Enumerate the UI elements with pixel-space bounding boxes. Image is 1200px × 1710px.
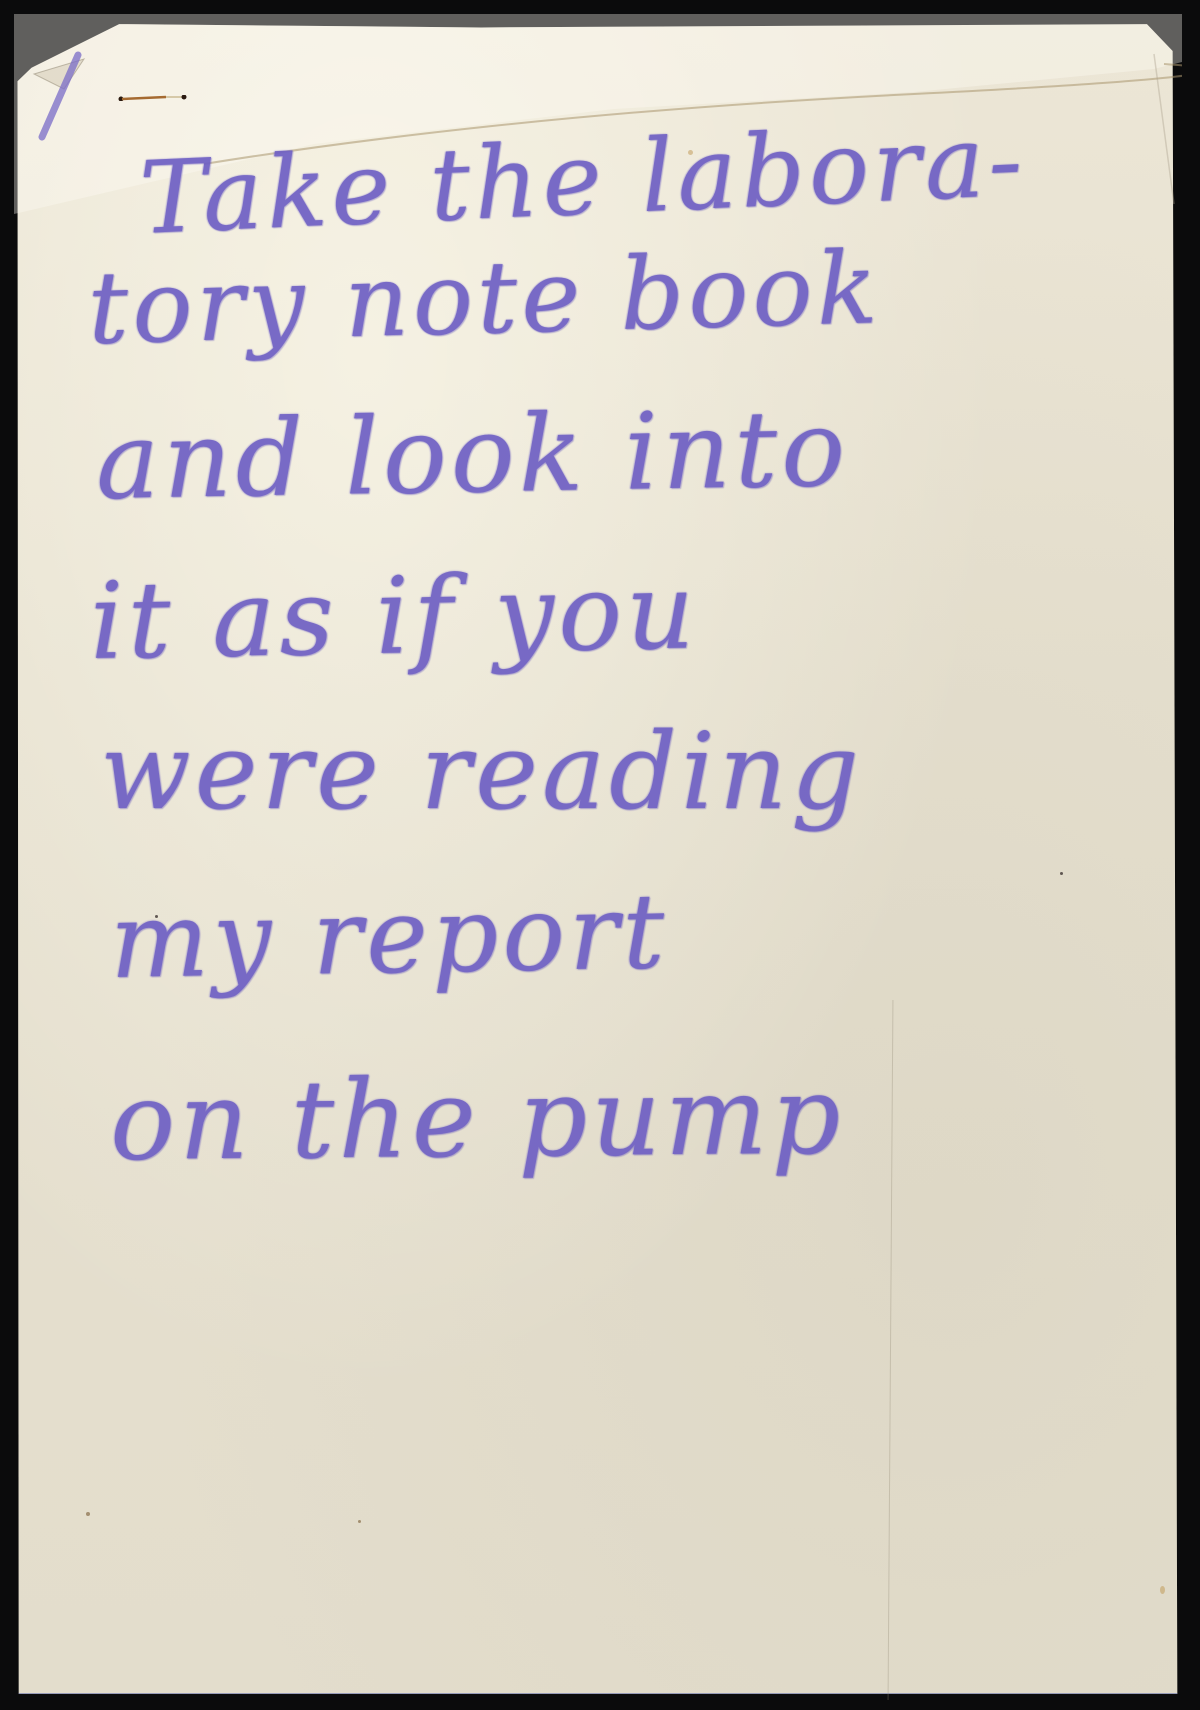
paper-stain	[688, 150, 693, 155]
handwritten-line: on the pump	[109, 1054, 844, 1185]
handwritten-line: tory note book	[86, 229, 882, 367]
handwritten-line: it as if you	[89, 549, 699, 683]
handwritten-line: my report	[109, 870, 669, 1002]
handwritten-line: Take the labora-	[137, 101, 1028, 257]
paper-stain	[1160, 1586, 1165, 1594]
paper-speck	[86, 1512, 90, 1516]
handwritten-text: Take the labora- tory note book and look…	[0, 0, 1200, 1710]
scanned-document: Take the labora- tory note book and look…	[0, 0, 1200, 1710]
paper-speck	[358, 1520, 361, 1523]
paper-speck	[155, 915, 158, 918]
paper-speck	[1060, 872, 1063, 875]
handwritten-line: and look into	[95, 387, 850, 523]
handwritten-line: were reading	[100, 710, 863, 833]
